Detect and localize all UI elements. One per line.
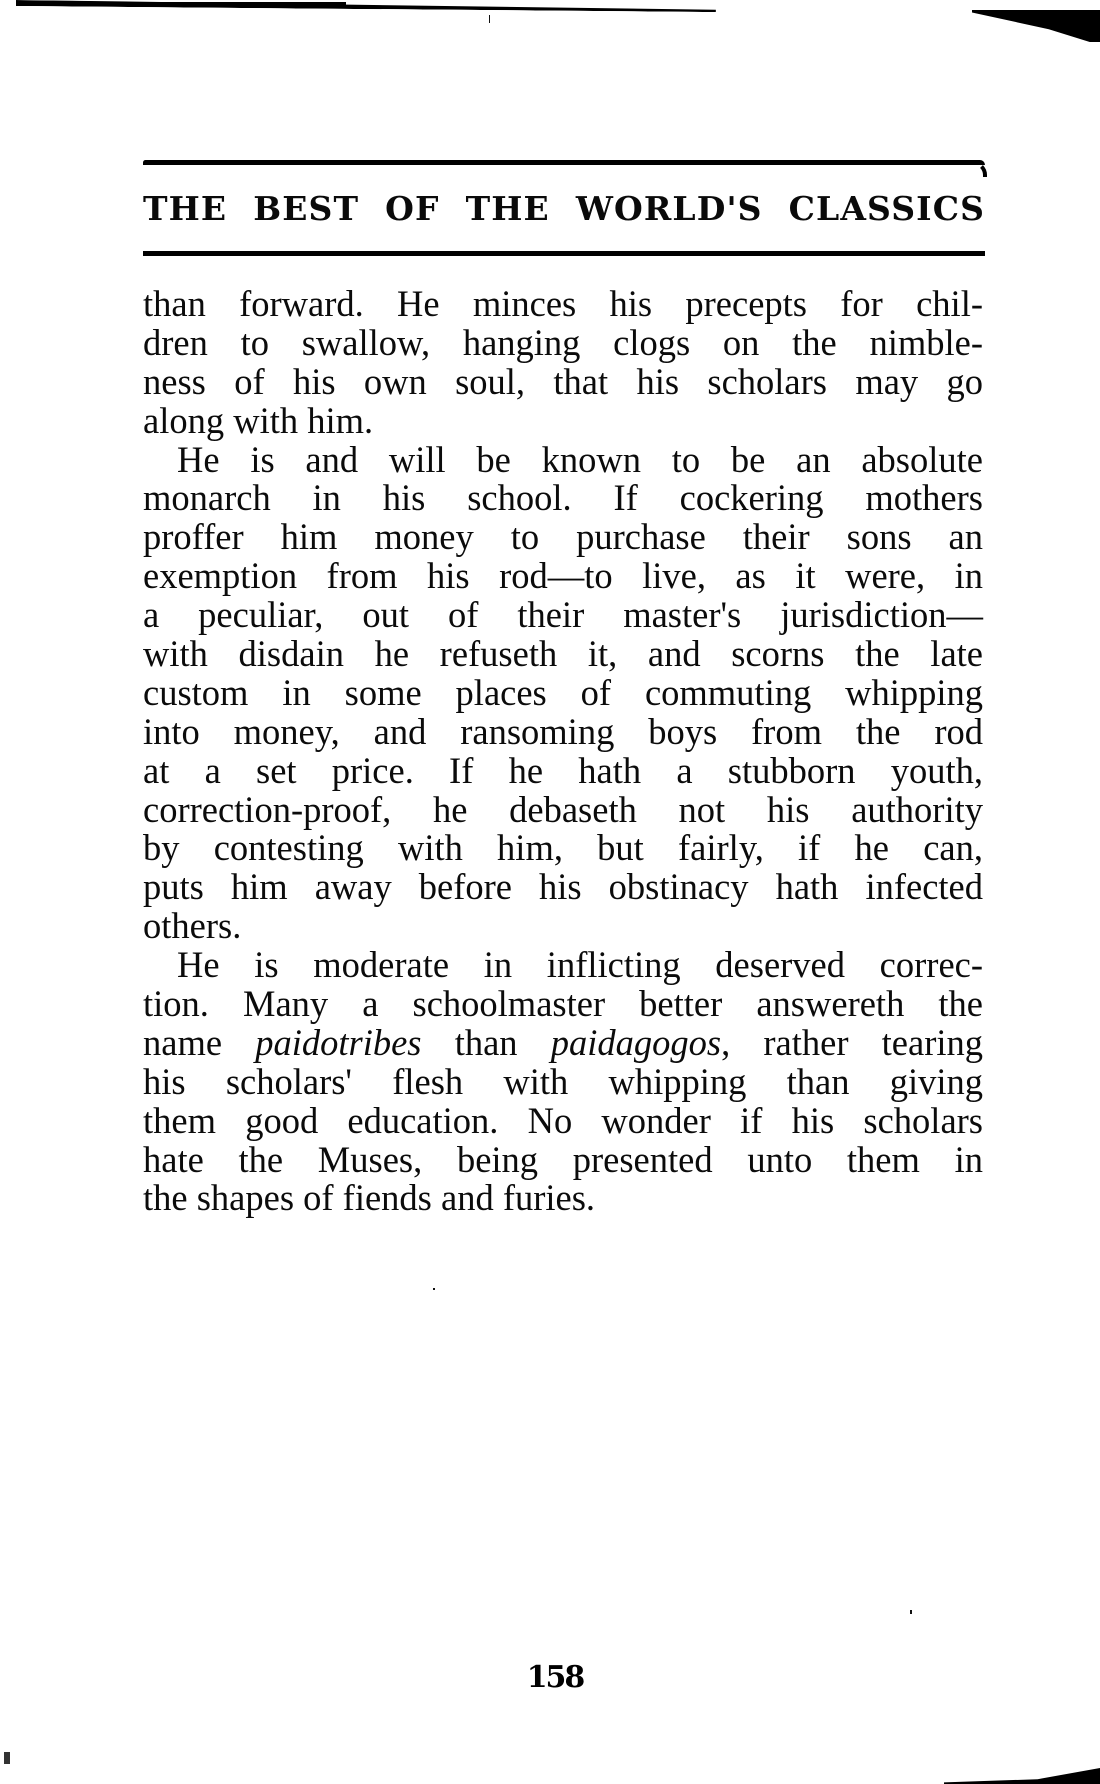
text-line: puts him away before his obstinacy hath … bbox=[143, 868, 983, 907]
text-line: at a set price. If he hath a stubborn yo… bbox=[143, 752, 983, 791]
paragraph: than forward. He minces his precepts for… bbox=[143, 285, 983, 441]
header-rule-bottom bbox=[143, 251, 985, 256]
text-line: by contesting with him, but fairly, if h… bbox=[143, 829, 983, 868]
scan-speck bbox=[4, 1752, 10, 1764]
text-line: dren to swallow, hanging clogs on the ni… bbox=[143, 324, 983, 363]
paragraph: He is moderate in inflicting deserved co… bbox=[143, 946, 983, 1218]
italic-term: paidagogos bbox=[551, 1022, 721, 1063]
text-run: , rather tearing bbox=[721, 1022, 983, 1063]
scan-edge-top-thin bbox=[16, 2, 346, 5]
body-text: than forward. He minces his precepts for… bbox=[143, 285, 983, 1218]
text-line: correction-proof, he debaseth not his au… bbox=[143, 791, 983, 830]
text-line: hate the Muses, being presented unto the… bbox=[143, 1141, 983, 1180]
text-line: He is and will be known to be an absolut… bbox=[143, 441, 983, 480]
text-line: than forward. He minces his precepts for… bbox=[143, 285, 983, 324]
text-line: He is moderate in inflicting deserved co… bbox=[143, 946, 983, 985]
scan-corner-bottom-right bbox=[944, 1768, 1100, 1784]
text-line-with-italics: name paidotribes than paidagogos, rather… bbox=[143, 1024, 983, 1063]
text-run: name bbox=[143, 1022, 255, 1063]
text-line: his scholars' flesh with whipping than g… bbox=[143, 1063, 983, 1102]
text-line: custom in some places of commuting whipp… bbox=[143, 674, 983, 713]
text-line: proffer him money to purchase their sons… bbox=[143, 518, 983, 557]
scan-speck bbox=[433, 1288, 435, 1290]
text-line: ness of his own soul, that his scholars … bbox=[143, 363, 983, 402]
italic-term: paidotribes bbox=[255, 1022, 421, 1063]
text-line: tion. Many a schoolmaster better answere… bbox=[143, 985, 983, 1024]
paragraph: He is and will be known to be an absolut… bbox=[143, 441, 983, 947]
scan-speck bbox=[489, 15, 490, 23]
text-line: exemption from his rod—to live, as it we… bbox=[143, 557, 983, 596]
scan-corner-top-right bbox=[972, 10, 1100, 42]
running-head-title: THE BEST OF THE WORLD'S CLASSICS bbox=[143, 191, 985, 227]
header-rule-top bbox=[143, 160, 985, 165]
text-line: others. bbox=[143, 907, 983, 946]
text-line: the shapes of fiends and furies. bbox=[143, 1179, 983, 1218]
text-line: with disdain he refuseth it, and scorns … bbox=[143, 635, 983, 674]
text-line: monarch in his school. If cockering moth… bbox=[143, 479, 983, 518]
text-line: them good education. No wonder if his sc… bbox=[143, 1102, 983, 1141]
text-line: into money, and ransoming boys from the … bbox=[143, 713, 983, 752]
text-line: along with him. bbox=[143, 402, 983, 441]
scan-speck bbox=[910, 1610, 912, 1614]
text-run: than bbox=[422, 1022, 551, 1063]
text-line: a peculiar, out of their master's jurisd… bbox=[143, 596, 983, 635]
running-head: THE BEST OF THE WORLD'S CLASSICS bbox=[143, 160, 985, 256]
page-number: 158 bbox=[520, 1660, 590, 1695]
